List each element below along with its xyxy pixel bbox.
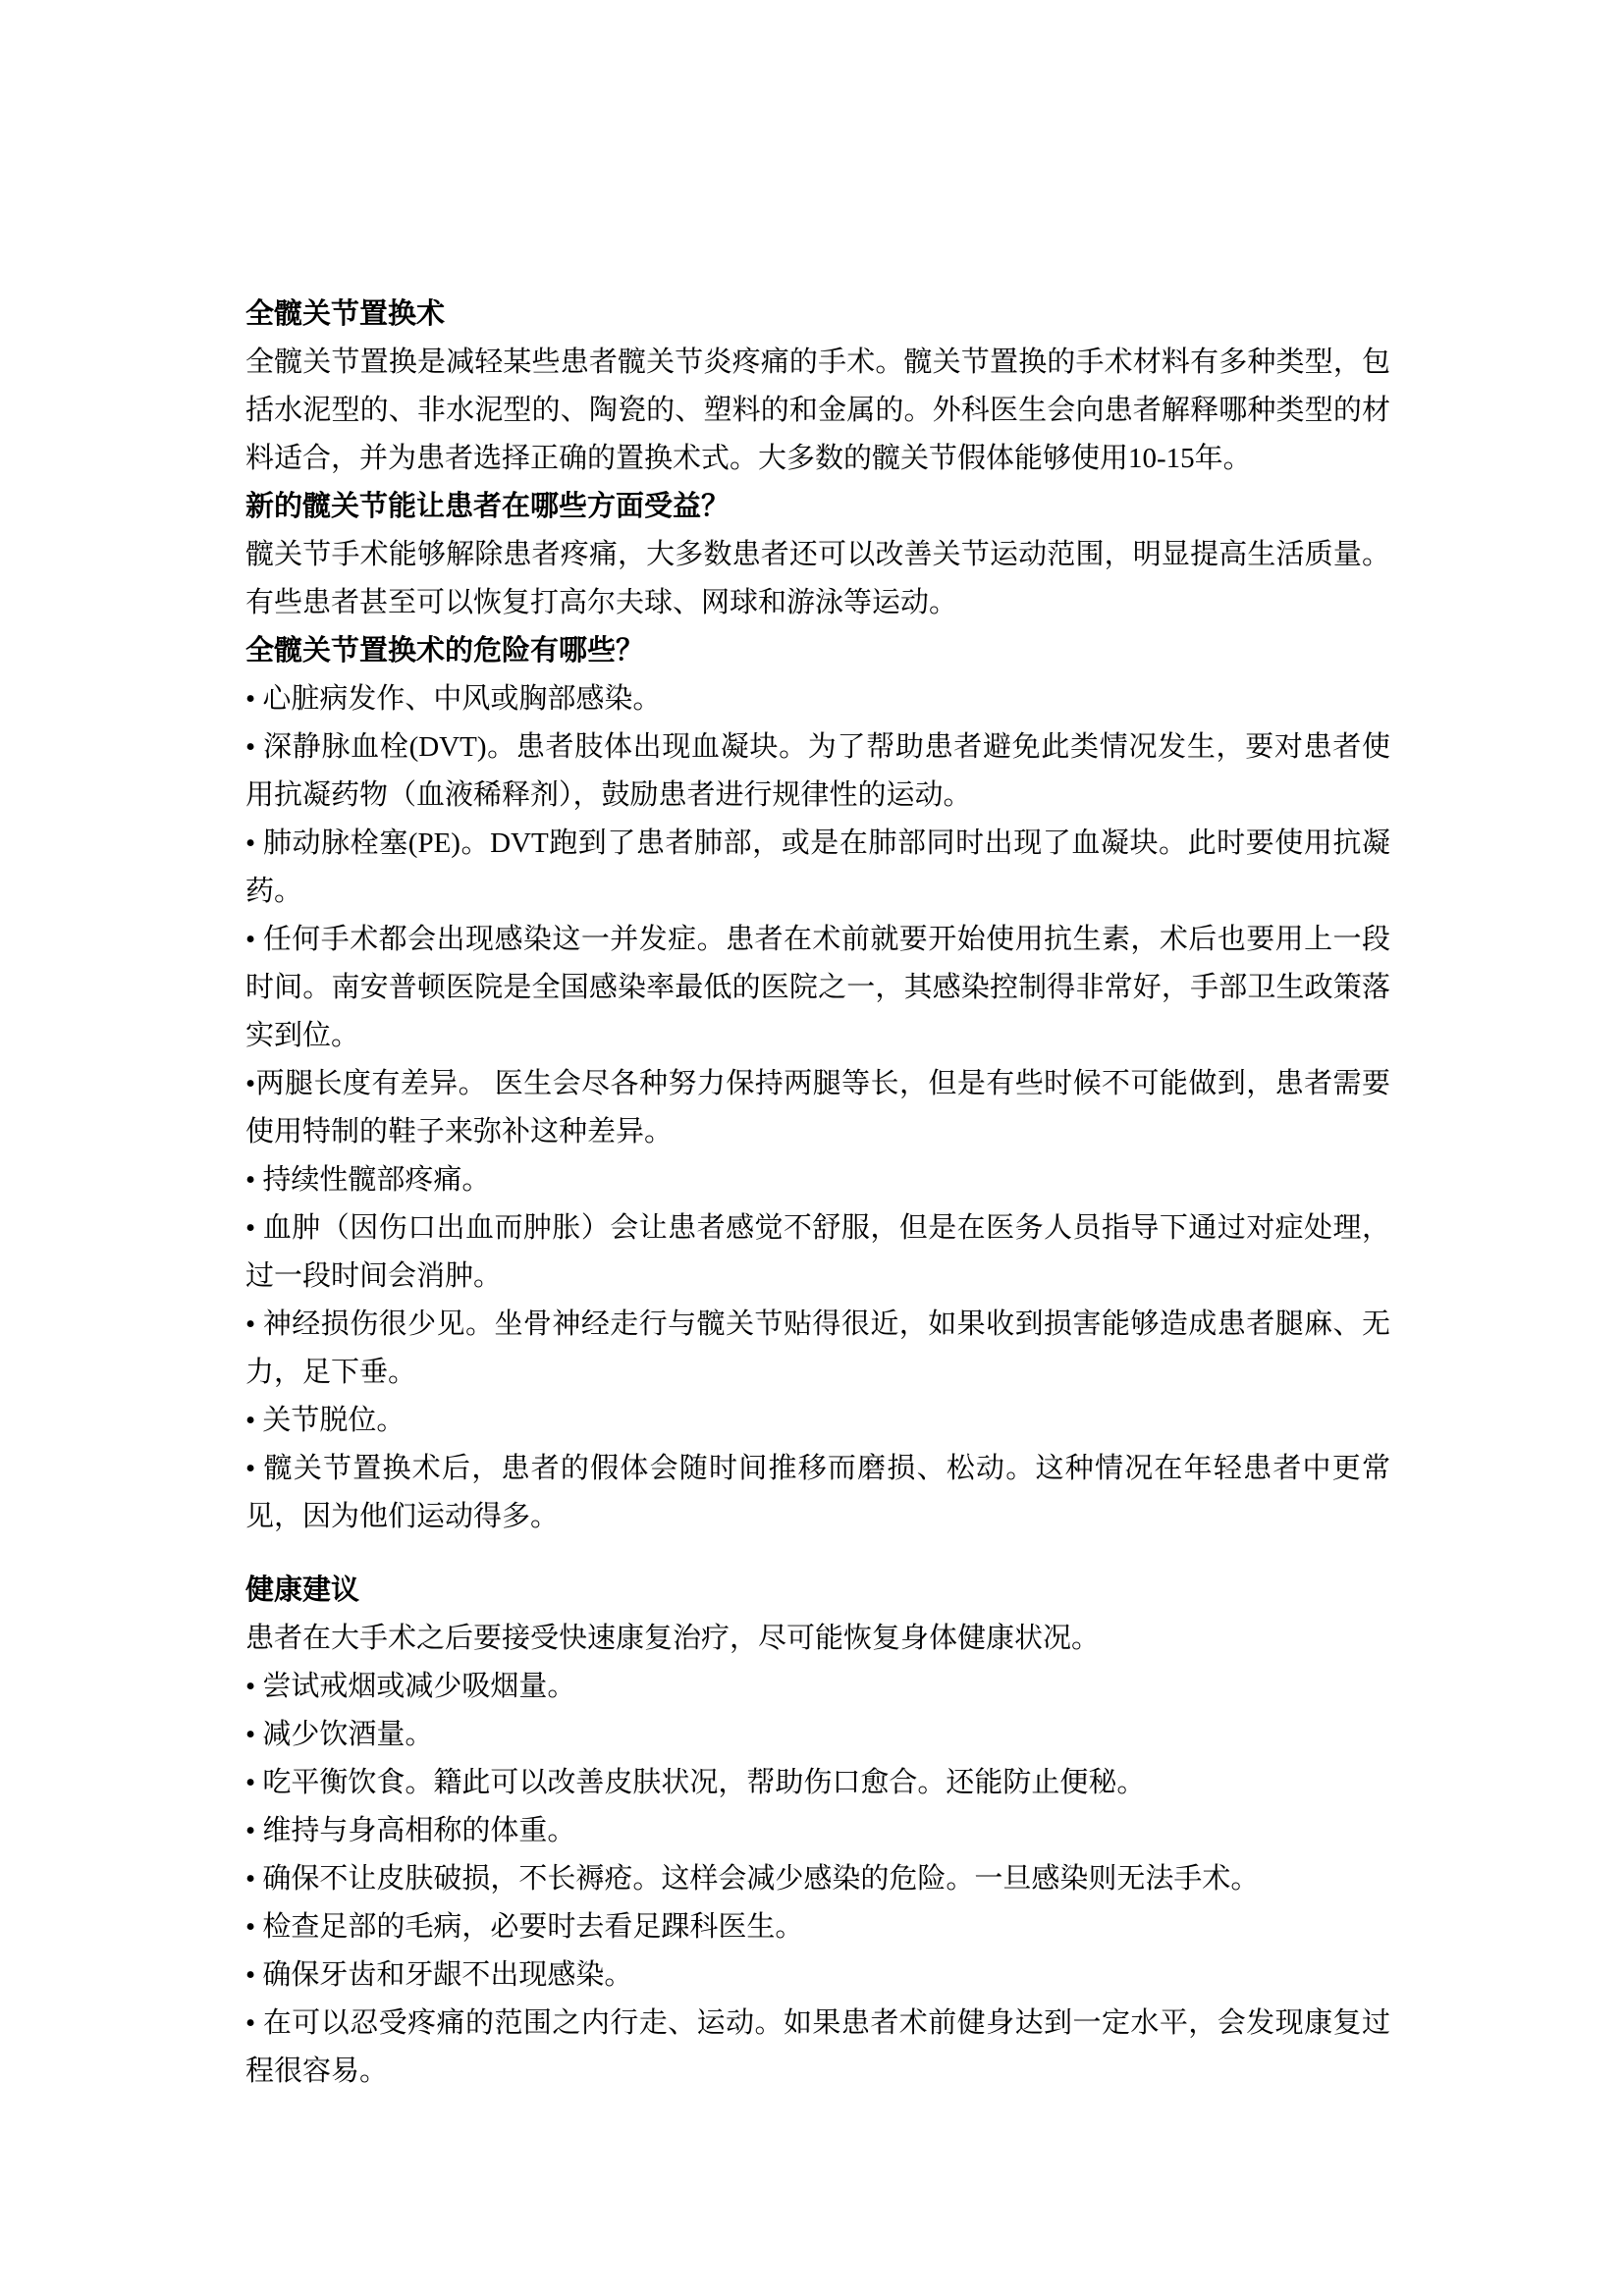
risk-item-dislocation: • 关节脱位。 bbox=[245, 1397, 1390, 1445]
section-risks: 全髋关节置换术的危险有哪些？ • 心脏病发作、中风或胸部感染。 • 深静脉血栓(… bbox=[245, 627, 1390, 1541]
heading-risks: 全髋关节置换术的危险有哪些？ bbox=[245, 627, 1390, 675]
heading-total-hip-replacement: 全髋关节置换术 bbox=[245, 291, 1390, 339]
risk-item-persistent-pain: • 持续性髋部疼痛。 bbox=[245, 1156, 1390, 1204]
heading-health-advice: 健康建议 bbox=[245, 1567, 1390, 1615]
risk-item-leg-length: •两腿长度有差异。 医生会尽各种努力保持两腿等长，但是有些时候不可能做到，患者需… bbox=[245, 1060, 1390, 1156]
health-item-exercise: • 在可以忍受疼痛的范围之内行走、运动。如果患者术前健身达到一定水平，会发现康复… bbox=[245, 2000, 1390, 2096]
heading-benefits: 新的髋关节能让患者在哪些方面受益？ bbox=[245, 483, 1390, 531]
section-total-hip-replacement: 全髋关节置换术 全髋关节置换是减轻某些患者髋关节炎疼痛的手术。髋关节置换的手术材… bbox=[245, 291, 1390, 483]
risk-item-wear-loosening: • 髋关节置换术后，患者的假体会随时间推移而磨损、松动。这种情况在年轻患者中更常… bbox=[245, 1445, 1390, 1541]
section-benefits: 新的髋关节能让患者在哪些方面受益？ 髋关节手术能够解除患者疼痛，大多数患者还可以… bbox=[245, 483, 1390, 627]
risk-item-pe: • 肺动脉栓塞(PE)。DVT跑到了患者肺部，或是在肺部同时出现了血凝块。此时要… bbox=[245, 820, 1390, 916]
paragraph-benefits: 髋关节手术能够解除患者疼痛，大多数患者还可以改善关节运动范围，明显提高生活质量。… bbox=[245, 531, 1390, 627]
risk-item-nerve-damage: • 神经损伤很少见。坐骨神经走行与髋关节贴得很近，如果收到损害能够造成患者腿麻、… bbox=[245, 1301, 1390, 1397]
document-page: 全髋关节置换术 全髋关节置换是减轻某些患者髋关节炎疼痛的手术。髋关节置换的手术材… bbox=[0, 0, 1624, 2296]
risk-item-dvt: • 深静脉血栓(DVT)。患者肢体出现血凝块。为了帮助患者避免此类情况发生，要对… bbox=[245, 723, 1390, 820]
health-item-diet: • 吃平衡饮食。籍此可以改善皮肤状况，帮助伤口愈合。还能防止便秘。 bbox=[245, 1759, 1390, 1807]
health-item-weight: • 维持与身高相称的体重。 bbox=[245, 1807, 1390, 1855]
health-item-alcohol: • 减少饮酒量。 bbox=[245, 1711, 1390, 1759]
health-item-smoking: • 尝试戒烟或减少吸烟量。 bbox=[245, 1663, 1390, 1711]
paragraph-health-advice: 患者在大手术之后要接受快速康复治疗，尽可能恢复身体健康状况。 bbox=[245, 1615, 1390, 1663]
risk-item-heart: • 心脏病发作、中风或胸部感染。 bbox=[245, 675, 1390, 723]
risk-item-infection: • 任何手术都会出现感染这一并发症。患者在术前就要开始使用抗生素，术后也要用上一… bbox=[245, 916, 1390, 1060]
health-item-skin: • 确保不让皮肤破损，不长褥疮。这样会减少感染的危险。一旦感染则无法手术。 bbox=[245, 1855, 1390, 1903]
risk-item-hematoma: • 血肿（因伤口出血而肿胀）会让患者感觉不舒服，但是在医务人员指导下通过对症处理… bbox=[245, 1204, 1390, 1301]
health-item-teeth: • 确保牙齿和牙龈不出现感染。 bbox=[245, 1951, 1390, 2000]
section-health-advice: 健康建议 患者在大手术之后要接受快速康复治疗，尽可能恢复身体健康状况。 • 尝试… bbox=[245, 1567, 1390, 2096]
paragraph-total-hip-replacement: 全髋关节置换是减轻某些患者髋关节炎疼痛的手术。髋关节置换的手术材料有多种类型，包… bbox=[245, 339, 1390, 483]
health-item-feet: • 检查足部的毛病，必要时去看足踝科医生。 bbox=[245, 1903, 1390, 1951]
